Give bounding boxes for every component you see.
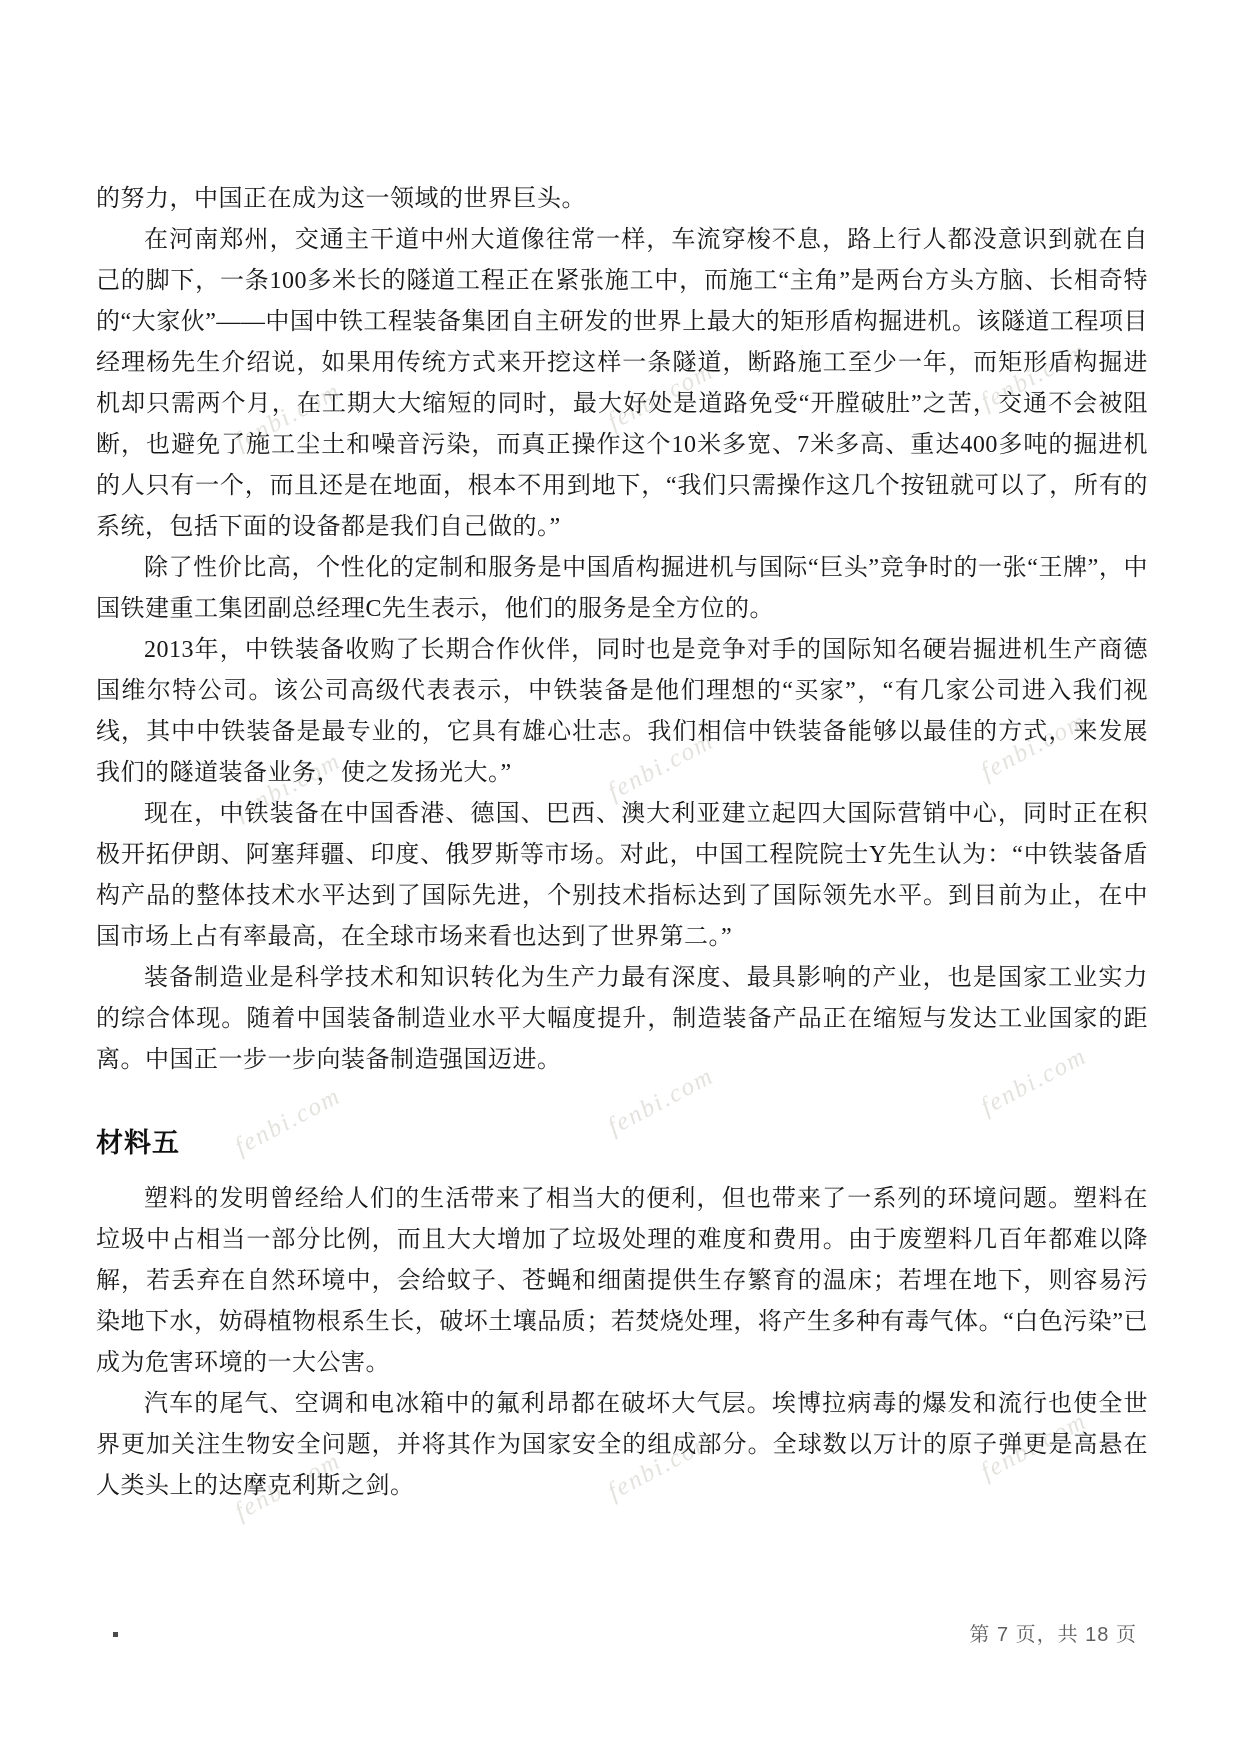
paragraph-continuation: 的努力，中国正在成为这一领域的世界巨头。 (96, 179, 1148, 220)
paragraph-customization: 除了性价比高，个性化的定制和服务是中国盾构掘进机与国际“巨头”竞争时的一张“王牌… (96, 548, 1148, 630)
document-content: 的努力，中国正在成为这一领域的世界巨头。 在河南郑州，交通主干道中州大道像往常一… (96, 179, 1148, 1507)
page-number: 第 7 页，共 18 页 (969, 1622, 1137, 1648)
paragraph-global-markets: 现在，中铁装备在中国香港、德国、巴西、澳大利亚建立起四大国际营销中心，同时正在积… (96, 794, 1148, 958)
footer-dot (113, 1632, 118, 1637)
section-heading-material-five: 材料五 (96, 1123, 1148, 1164)
paragraph-environment-safety: 汽车的尾气、空调和电冰箱中的氟利昂都在破坏大气层。埃博拉病毒的爆发和流行也使全世… (96, 1384, 1148, 1507)
paragraph-equipment-industry: 装备制造业是科学技术和知识转化为生产力最有深度、最具影响的产业，也是国家工业实力… (96, 958, 1148, 1081)
paragraph-tunnel-project: 在河南郑州，交通主干道中州大道像往常一样，车流穿梭不息，路上行人都没意识到就在自… (96, 220, 1148, 548)
paragraph-plastic-pollution: 塑料的发明曾经给人们的生活带来了相当大的便利，但也带来了一系列的环境问题。塑料在… (96, 1179, 1148, 1384)
paragraph-acquisition-2013: 2013年，中铁装备收购了长期合作伙伴，同时也是竞争对手的国际知名硬岩掘进机生产… (96, 630, 1148, 794)
document-page: fenbi.com fenbi.com fenbi.com fenbi.com … (0, 0, 1240, 1754)
